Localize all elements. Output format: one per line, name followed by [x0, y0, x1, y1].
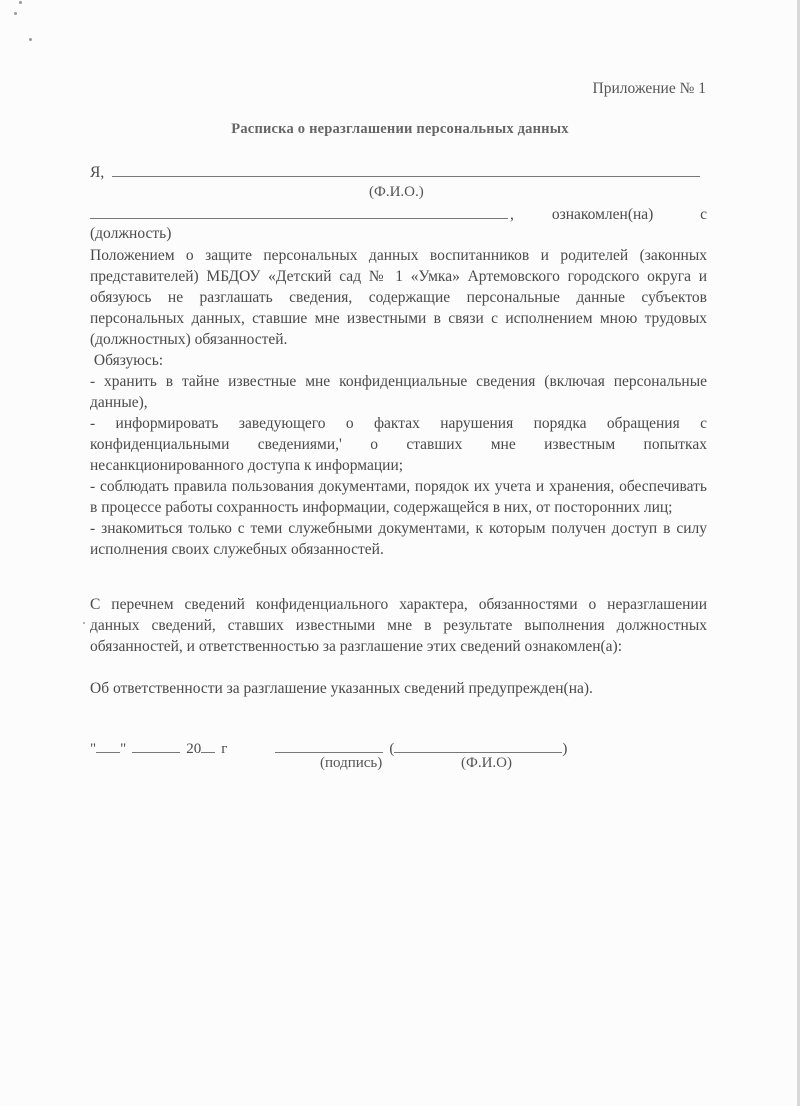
obligations-heading: Обязуюсь:: [90, 350, 707, 371]
year-field[interactable]: [201, 738, 215, 753]
obligations-section: Обязуюсь: - хранить в тайне известные мн…: [90, 350, 707, 560]
fio-caption: (Ф.И.О): [461, 755, 512, 772]
acknowledgement-paragraph: С перечнем сведений конфиденциального ха…: [90, 594, 707, 657]
document-title: Расписка о неразглашении персональных да…: [0, 121, 800, 138]
warning-line: Об ответственности за разглашение указан…: [90, 678, 593, 699]
scan-speck: [29, 38, 32, 41]
month-field[interactable]: [132, 738, 180, 753]
position-line: , ознакомлен(на) с: [90, 204, 707, 225]
scan-speck: [83, 622, 85, 624]
acknowledgement-text: С перечнем сведений конфиденциального ха…: [90, 594, 707, 657]
obligation-item: - информировать заведующего о фактах нар…: [90, 413, 707, 476]
name-field[interactable]: [112, 162, 700, 177]
scan-speck: [14, 12, 17, 15]
signature-field[interactable]: [275, 738, 383, 753]
name-caption: (Ф.И.О.): [369, 184, 424, 201]
year-suffix: г: [221, 739, 227, 760]
intro-paragraph: Положением о защите персональных данных …: [90, 245, 707, 350]
with-label: с: [700, 204, 707, 225]
intro-text: Положением о защите персональных данных …: [90, 245, 707, 350]
position-caption: (должность): [90, 225, 171, 243]
position-field[interactable]: [90, 204, 508, 219]
scanned-page: Приложение № 1 Расписка о неразглашении …: [0, 0, 800, 1106]
obligation-item: - соблюдать правила пользования документ…: [90, 476, 707, 518]
acquainted-label: ознакомлен(на): [552, 204, 653, 225]
year-prefix: 20: [186, 739, 201, 760]
name-prefix: Я,: [90, 164, 104, 181]
scan-speck: [19, 1, 22, 4]
obligation-item: - знакомиться только с теми служебными д…: [90, 518, 707, 560]
appendix-label: Приложение № 1: [593, 80, 706, 98]
signature-caption: (подпись): [320, 755, 382, 772]
name-line: Я,: [90, 162, 700, 183]
obligation-item: - хранить в тайне известные мне конфиден…: [90, 371, 707, 413]
fio-field[interactable]: [394, 738, 562, 753]
day-field[interactable]: [96, 738, 120, 753]
close-paren: ): [562, 739, 567, 760]
position-comma: ,: [510, 204, 514, 225]
date-close-quote: ": [120, 739, 126, 760]
